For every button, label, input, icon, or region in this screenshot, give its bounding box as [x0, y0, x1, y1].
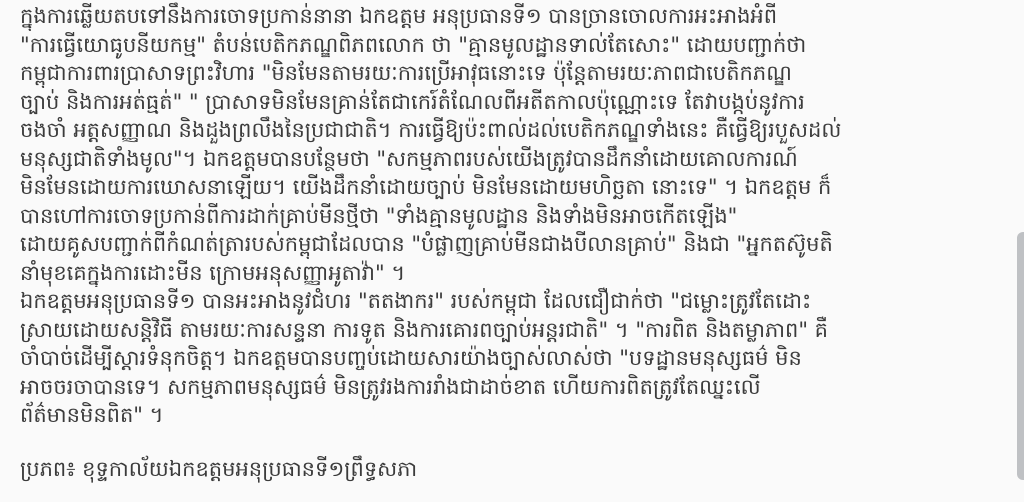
article-line: មនុស្សជាតិទាំងមូល"។ ឯកឧត្តមបានបន្ថែមថា "…	[20, 145, 1010, 174]
article-line: ស្រាយដោយសន្តិវិធី តាមរយៈការសន្ទនា ការទូត…	[20, 316, 1010, 345]
article-body: ក្នុងការឆ្លើយតបទៅនឹងការចោទប្រកាន់នានា ឯក…	[20, 2, 1010, 430]
article-line: ចងចាំ អត្តសញ្ញាណ និងដួងព្រលឹងនៃប្រជាជាតិ…	[20, 116, 1010, 145]
source-attribution: ប្រភព៖ ខុទ្ទកាល័យឯកឧត្តមអនុប្រធានទី១ព្រឹ…	[20, 455, 417, 484]
article-line: អាចចរចាបានទេ។ សកម្មភាពមនុស្សធម៌ មិនត្រូវ…	[20, 373, 1010, 402]
article-line: នាំមុខគេក្នុងការដោះមីន ក្រោមអនុសញ្ញាអូតា…	[20, 259, 1010, 288]
article-line: មិនមែនដោយការឃោសនាឡើយ។ យើងដឹកនាំដោយច្បាប់…	[20, 173, 1010, 202]
vertical-scrollbar[interactable]	[1016, 0, 1024, 502]
page: ក្នុងការឆ្លើយតបទៅនឹងការចោទប្រកាន់នានា ឯក…	[0, 0, 1024, 502]
scrollbar-thumb[interactable]	[1017, 232, 1024, 480]
article-line: "ការធ្វើយោធូបនីយកម្ម" តំបន់បេតិកភណ្ឌពិភព…	[20, 31, 1010, 60]
article-line: ដោយគូសបញ្ជាក់ពីកំណត់ត្រារបស់កម្ពុជាដែលបា…	[20, 230, 1010, 259]
article-line: ព័ត៌មានមិនពិត" ។	[20, 401, 1010, 430]
article-line: បានហៅការចោទប្រកាន់ពីការដាក់គ្រាប់មីនថ្មី…	[20, 202, 1010, 231]
article-line: កម្ពុជាការពារប្រាសាទព្រះវិហារ "មិនមែនតាម…	[20, 59, 1010, 88]
article-line: ក្នុងការឆ្លើយតបទៅនឹងការចោទប្រកាន់នានា ឯក…	[20, 2, 1010, 31]
article-line: ឯកឧត្តមអនុប្រធានទី១ បានអះអាងនូវជំហរ "តតង…	[20, 287, 1010, 316]
article-line: ចាំបាច់ដើម្បីស្តារទំនុកចិត្ត។ ឯកឧត្តមបាន…	[20, 344, 1010, 373]
article-line: ច្បាប់ និងការអត់ធ្មត់" " ប្រាសាទមិនមែនគ្…	[20, 88, 1010, 117]
